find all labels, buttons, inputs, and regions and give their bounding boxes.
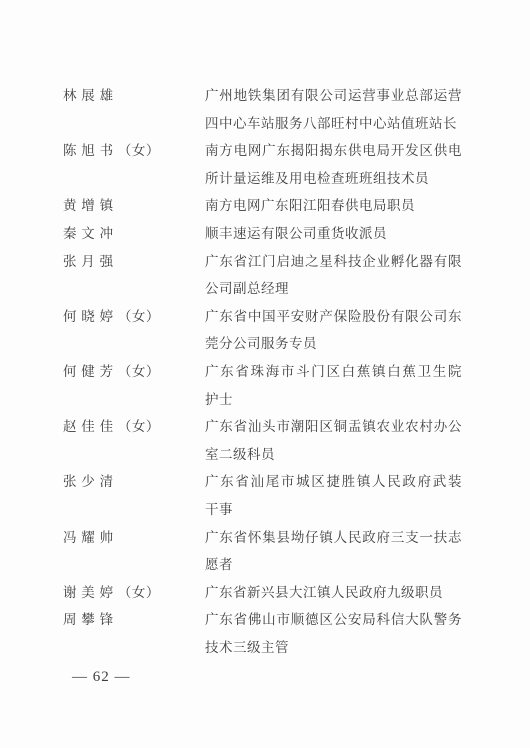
recipient-name-text: 谢美婷 [63,585,118,600]
recipient-description-line: 广东省中国平安财产保险股份有限公司东 [205,303,462,331]
recipient-description: 广州地铁集团有限公司运营事业总部运营四中心车站服务八部旺村中心站值班站长 [205,82,462,137]
recipient-name-text: 何健芳 [63,364,118,379]
page-number: — 62 — [72,667,131,687]
recipient-description: 广东省汕尾市城区捷胜镇人民政府武装干事 [205,468,462,523]
recipient-name-text: 张月强 [63,254,118,269]
recipient-description-line: 所计量运维及用电检查班班组技术员 [205,165,462,193]
recipient-name-text: 林展雄 [63,88,118,103]
recipient-name: 林展雄 [63,82,205,110]
recipient-name: 张月强 [63,248,205,276]
recipient-description: 南方电网广东阳江阳春供电局职员 [205,192,462,220]
recipient-description-line: 南方电网广东揭阳揭东供电局开发区供电 [205,137,462,165]
recipient-row: 谢美婷（女） 广东省新兴县大江镇人民政府九级职员 [63,579,467,607]
recipient-name: 何健芳（女） [63,358,205,386]
recipient-description-line: 南方电网广东阳江阳春供电局职员 [205,192,462,220]
recipient-description: 广东省怀集县坳仔镇人民政府三支一扶志愿者 [205,524,462,579]
recipient-name: 陈旭书（女） [63,137,205,165]
recipient-description-line: 四中心车站服务八部旺村中心站值班站长 [205,110,462,138]
recipient-name: 谢美婷（女） [63,579,205,607]
recipient-row: 何健芳（女） 广东省珠海市斗门区白蕉镇白蕉卫生院护士 [63,358,467,413]
recipient-description: 顺丰速运有限公司重货收派员 [205,220,462,248]
recipient-description: 广东省江门启迪之星科技企业孵化器有限公司副总经理 [205,248,462,303]
recipient-description-line: 广东省珠海市斗门区白蕉镇白蕉卫生院 [205,358,462,386]
recipient-description: 广东省中国平安财产保险股份有限公司东莞分公司服务专员 [205,303,462,358]
recipient-name-text: 黄增镇 [63,198,118,213]
recipient-gender-suffix: （女） [118,309,160,324]
recipient-name-text: 陈旭书 [63,143,118,158]
recipient-description-line: 顺丰速运有限公司重货收派员 [205,220,462,248]
document-page: 林展雄 广州地铁集团有限公司运营事业总部运营四中心车站服务八部旺村中心站值班站长… [0,0,530,748]
recipient-description: 南方电网广东揭阳揭东供电局开发区供电所计量运维及用电检查班班组技术员 [205,137,462,192]
recipient-description: 广东省汕头市潮阳区铜盂镇农业农村办公室二级科员 [205,413,462,468]
recipient-gender-suffix: （女） [118,585,160,600]
recipient-description-line: 广东省江门启迪之星科技企业孵化器有限 [205,248,462,276]
recipient-description-line: 公司副总经理 [205,275,462,303]
recipient-description-line: 干事 [205,496,462,524]
recipient-gender-suffix: （女） [118,364,160,379]
recipient-row: 何晓婷（女） 广东省中国平安财产保险股份有限公司东莞分公司服务专员 [63,303,467,358]
recipient-name-text: 何晓婷 [63,309,118,324]
recipient-row: 秦文冲 顺丰速运有限公司重货收派员 [63,220,467,248]
recipient-name-text: 秦文冲 [63,226,118,241]
recipient-name-text: 张少清 [63,474,118,489]
recipients-list: 林展雄 广州地铁集团有限公司运营事业总部运营四中心车站服务八部旺村中心站值班站长… [63,82,467,661]
recipient-description-line: 愿者 [205,551,462,579]
recipient-row: 黄增镇 南方电网广东阳江阳春供电局职员 [63,192,467,220]
recipient-name: 黄增镇 [63,192,205,220]
recipient-row: 周攀锋 广东省佛山市顺德区公安局科信大队警务技术三级主管 [63,606,467,661]
recipient-description-line: 广东省汕尾市城区捷胜镇人民政府武装 [205,468,462,496]
recipient-name-text: 赵佳佳 [63,419,118,434]
recipient-description: 广东省佛山市顺德区公安局科信大队警务技术三级主管 [205,606,462,661]
recipient-description-line: 莞分公司服务专员 [205,330,462,358]
recipient-description-line: 技术三级主管 [205,634,462,662]
recipient-description-line: 护士 [205,386,462,414]
recipient-description-line: 广东省新兴县大江镇人民政府九级职员 [205,579,462,607]
recipient-row: 陈旭书（女） 南方电网广东揭阳揭东供电局开发区供电所计量运维及用电检查班班组技术… [63,137,467,192]
recipient-name: 赵佳佳（女） [63,413,205,441]
recipient-name: 秦文冲 [63,220,205,248]
recipient-row: 冯耀帅 广东省怀集县坳仔镇人民政府三支一扶志愿者 [63,524,467,579]
recipient-name: 冯耀帅 [63,524,205,552]
recipient-description-line: 广东省佛山市顺德区公安局科信大队警务 [205,606,462,634]
recipient-row: 林展雄 广州地铁集团有限公司运营事业总部运营四中心车站服务八部旺村中心站值班站长 [63,82,467,137]
recipient-description-line: 广东省汕头市潮阳区铜盂镇农业农村办公 [205,413,462,441]
recipient-gender-suffix: （女） [118,419,160,434]
recipient-description-line: 广东省怀集县坳仔镇人民政府三支一扶志 [205,524,462,552]
recipient-name: 周攀锋 [63,606,205,634]
recipient-description-line: 室二级科员 [205,441,462,469]
recipient-name: 何晓婷（女） [63,303,205,331]
recipient-description-line: 广州地铁集团有限公司运营事业总部运营 [205,82,462,110]
recipient-row: 赵佳佳（女） 广东省汕头市潮阳区铜盂镇农业农村办公室二级科员 [63,413,467,468]
recipient-name: 张少清 [63,468,205,496]
recipient-name-text: 周攀锋 [63,612,118,627]
recipient-row: 张月强 广东省江门启迪之星科技企业孵化器有限公司副总经理 [63,248,467,303]
recipient-description: 广东省珠海市斗门区白蕉镇白蕉卫生院护士 [205,358,462,413]
recipient-name-text: 冯耀帅 [63,530,118,545]
recipient-row: 张少清 广东省汕尾市城区捷胜镇人民政府武装干事 [63,468,467,523]
recipient-description: 广东省新兴县大江镇人民政府九级职员 [205,579,462,607]
recipient-gender-suffix: （女） [118,143,160,158]
